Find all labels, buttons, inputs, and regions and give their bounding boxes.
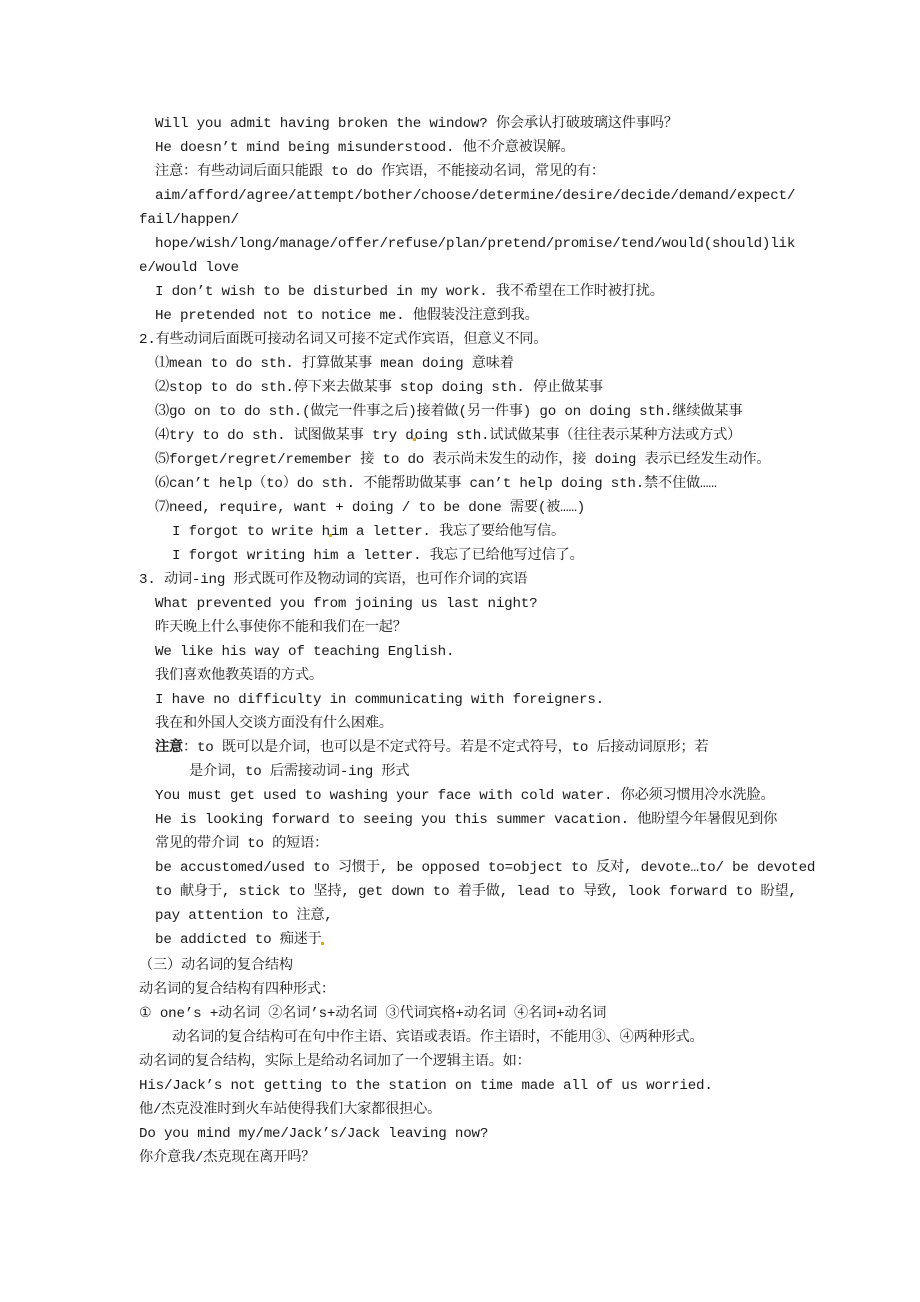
list-item: ⑸forget/regret/remember 接 to do 表示尚未发生的动…	[155, 450, 770, 470]
translation: 我在和外国人交谈方面没有什么困难。	[155, 714, 393, 734]
list-item: ⑶go on to do sth.(做完一件事之后)接着做(另一件事) go o…	[155, 402, 742, 422]
example-sentence: You must get used to washing your face w…	[155, 786, 774, 806]
list-item: ⑹can’t help（to）do sth. 不能帮助做某事 can’t hel…	[155, 474, 717, 494]
example-sentence: I have no difficulty in communicating wi…	[155, 690, 604, 710]
list-item: ⑴mean to do sth. 打算做某事 mean doing 意味着	[155, 354, 514, 374]
example-sentence: Do you mind my/me/Jack’s/Jack leaving no…	[139, 1124, 488, 1144]
list-item: ⑷try to do sth. 试图做某事 try doing sth.试试做某…	[155, 426, 741, 446]
list-item: ⑵stop to do sth.停下来去做某事 stop doing sth. …	[155, 378, 603, 398]
example-sentence: Will you admit having broken the window?…	[155, 114, 678, 134]
list-item-part: oing sth.试试做某事（往往表示某种方法或方式）	[415, 428, 742, 444]
example-sentence: I forgot to write him a letter. 我忘了要给他写信…	[172, 522, 565, 542]
example-sentence: He pretended not to notice me. 他假装没注意到我。	[155, 306, 539, 326]
translation: 昨天晚上什么事使你不能和我们在一起？	[155, 618, 407, 638]
paragraph: ① one’s +动名词 ②名词’s+动名词 ③代词宾格+动名词 ④名词+动名词	[139, 1004, 606, 1024]
example-sentence: We like his way of teaching English.	[155, 642, 454, 662]
note-text: 注意：有些动词后面只能跟 to do 作宾语，不能接动名词，常见的有：	[155, 162, 605, 182]
section-heading: 2.有些动词后面既可接动名词又可接不定式作宾语，但意义不同。	[139, 330, 547, 350]
list-item-part: ⑷try to do sth. 试图做某事 try d	[155, 428, 414, 444]
verb-list: aim/afford/agree/attempt/bother/choose/d…	[155, 186, 795, 206]
phrase-text: be addicted to 痴迷于	[155, 932, 322, 948]
note-label: 注意	[155, 740, 183, 756]
paragraph: 动名词的复合结构，实际上是给动名词加了一个逻辑主语。如：	[139, 1052, 531, 1072]
phrase-heading: 常见的带介词 to 的短语：	[155, 834, 328, 854]
phrase-list: to 献身于, stick to 坚持, get down to 着手做, le…	[155, 882, 797, 902]
verb-list: fail/happen/	[139, 210, 239, 230]
example-sentence: I forgot writing him a letter. 我忘了已给他写过信…	[172, 546, 584, 566]
sentence-part: im a letter. 我忘了要给他写信。	[331, 524, 565, 540]
section-heading: 3. 动词-ing 形式既可作及物动词的宾语，也可作介词的宾语	[139, 570, 527, 590]
phrase-list: pay attention to 注意,	[155, 906, 333, 926]
document-page: Will you admit having broken the window?…	[0, 0, 920, 1302]
paragraph: 动名词的复合结构可在句中作主语、宾语或表语。作主语时，不能用③、④两种形式。	[172, 1028, 704, 1048]
highlight-mark	[321, 942, 324, 945]
example-sentence: What prevented you from joining us last …	[155, 594, 537, 614]
note-body: ：to 既可以是介词，也可以是不定式符号。若是不定式符号，to 后接动词原形；若	[183, 740, 708, 756]
translation: 他/杰克没准时到火车站使得我们大家都很担心。	[139, 1100, 441, 1120]
example-sentence: His/Jack’s not getting to the station on…	[139, 1076, 713, 1096]
list-item: ⑺need, require, want + doing / to be don…	[155, 498, 585, 518]
example-sentence: I don’t wish to be disturbed in my work.…	[155, 282, 664, 302]
translation: 我们喜欢他教英语的方式。	[155, 666, 323, 686]
phrase-list: be accustomed/used to 习惯于, be opposed to…	[155, 858, 815, 878]
example-sentence: He doesn’t mind being misunderstood. 他不介…	[155, 138, 575, 158]
verb-list: e/would love	[139, 258, 239, 278]
sentence-part: I forgot to write h	[172, 524, 330, 540]
section-heading: （三）动名词的复合结构	[139, 956, 293, 976]
verb-list: hope/wish/long/manage/offer/refuse/plan/…	[155, 234, 795, 254]
phrase-list: be addicted to 痴迷于	[155, 930, 323, 950]
note-text: 是介词，to 后需接动词-ing 形式	[189, 762, 409, 782]
example-sentence: He is looking forward to seeing you this…	[155, 810, 777, 830]
note-text: 注意：to 既可以是介词，也可以是不定式符号。若是不定式符号，to 后接动词原形…	[155, 738, 708, 758]
paragraph: 动名词的复合结构有四种形式：	[139, 980, 335, 1000]
translation: 你介意我/杰克现在离开吗？	[139, 1148, 315, 1168]
